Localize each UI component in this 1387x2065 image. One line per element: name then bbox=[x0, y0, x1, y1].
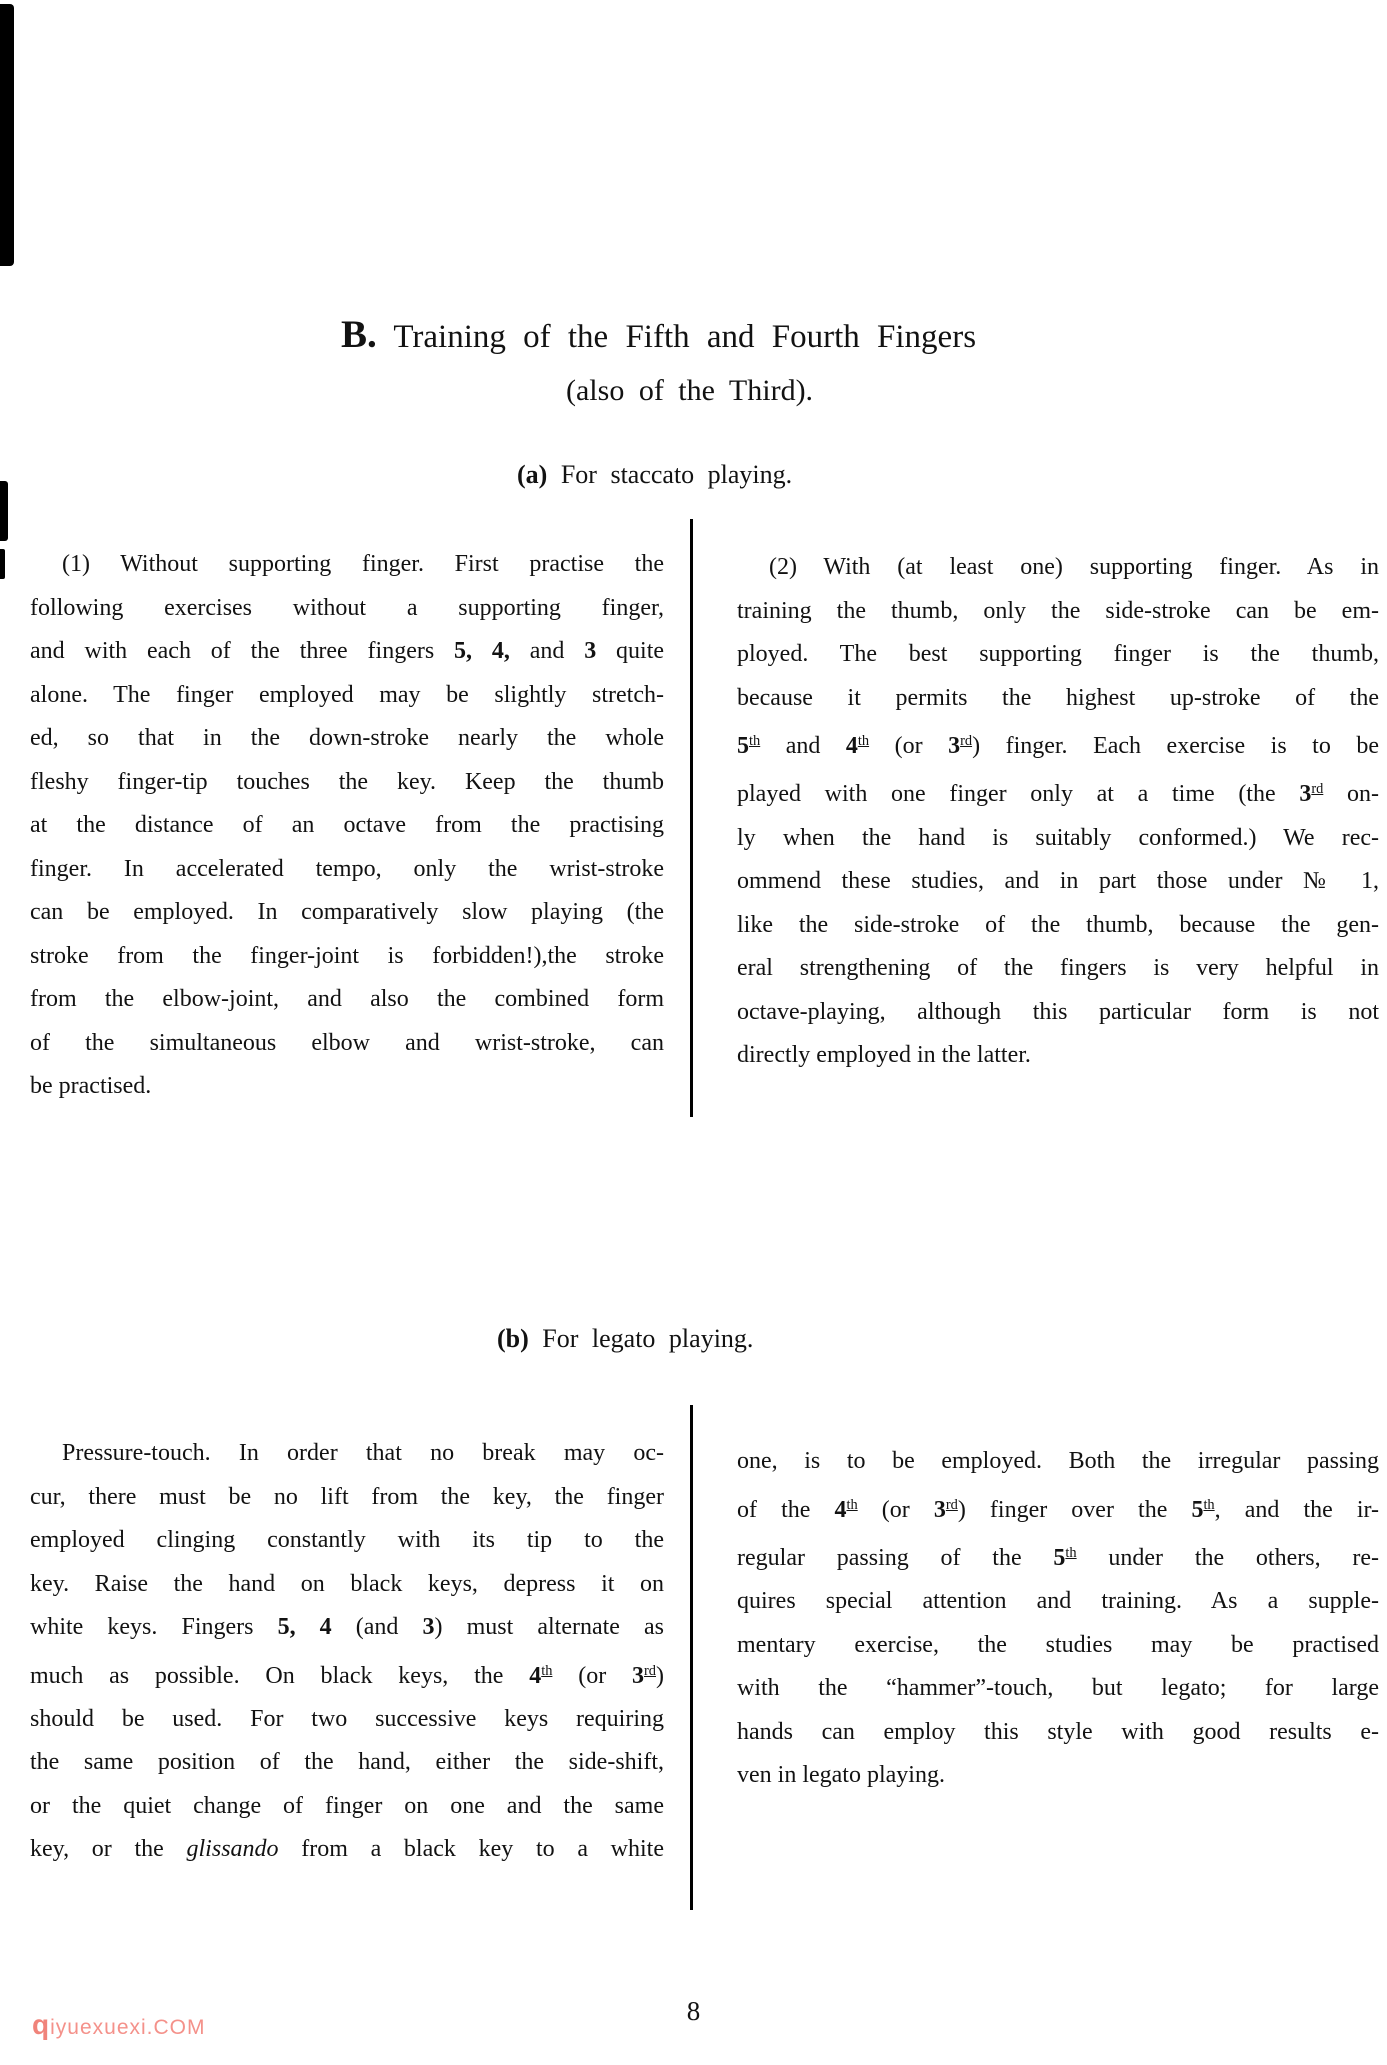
ordinal-suffix: rd bbox=[946, 1497, 958, 1513]
ordinal-suffix: th bbox=[1203, 1497, 1214, 1513]
text-segment: under the others, re- bbox=[1077, 1545, 1379, 1571]
section-title-text: Training of the Fifth and Fourth Fingers bbox=[393, 319, 976, 355]
text-line: key. Raise the hand on black keys, depre… bbox=[30, 1563, 664, 1607]
text-line: ed, so that in the down-stroke nearly th… bbox=[30, 717, 664, 761]
text-line: the same position of the hand, either th… bbox=[30, 1741, 664, 1785]
text-line: be practised. bbox=[30, 1065, 664, 1109]
text-segment: one, is to be employed. Both the irregul… bbox=[737, 1448, 1379, 1474]
text-segment: following exercises without a supporting… bbox=[30, 595, 664, 621]
subsection-b-heading: (b) For legato playing. bbox=[497, 1324, 753, 1354]
text-segment: stroke from the finger-joint is forbidde… bbox=[30, 943, 664, 969]
text-line: following exercises without a supporting… bbox=[30, 587, 664, 631]
text-segment: or the quiet change of finger on one and… bbox=[30, 1793, 664, 1819]
text-segment: training the thumb, only the side-stroke… bbox=[737, 598, 1379, 624]
text-segment: 4 bbox=[846, 733, 858, 759]
subsection-b-title: For legato playing. bbox=[542, 1324, 753, 1353]
text-segment: 5, 4, bbox=[454, 638, 510, 664]
text-segment: (or bbox=[869, 733, 948, 759]
text-segment: finger. In accelerated tempo, only the w… bbox=[30, 856, 664, 882]
watermark-rest: iyuexuexi.COM bbox=[50, 2016, 205, 2039]
text-segment: glissando bbox=[187, 1836, 279, 1862]
paragraph-a1: (1) Without supporting finger. First pra… bbox=[30, 543, 664, 1109]
text-line: fleshy finger-tip touches the key. Keep … bbox=[30, 761, 664, 805]
text-line: ommend these studies, and in part those … bbox=[737, 860, 1379, 904]
text-line: with the “hammer”-touch, but legato; for… bbox=[737, 1667, 1379, 1711]
text-line: can be employed. In comparatively slow p… bbox=[30, 891, 664, 935]
scanned-page: B. Training of the Fifth and Fourth Fing… bbox=[0, 0, 1387, 2065]
text-line: key, or the glissando from a black key t… bbox=[30, 1828, 664, 1872]
text-segment: hands can employ this style with good re… bbox=[737, 1719, 1379, 1745]
text-segment: 3 bbox=[632, 1662, 644, 1688]
text-line: Pressure-touch. In order that no break m… bbox=[30, 1432, 664, 1476]
text-segment: alone. The finger employed may be slight… bbox=[30, 682, 664, 708]
text-segment: because it permits the highest up-stroke… bbox=[737, 685, 1379, 711]
ordinal-suffix: rd bbox=[960, 733, 972, 749]
text-line: ly when the hand is suitably conformed.)… bbox=[737, 817, 1379, 861]
text-segment: with the “hammer”-touch, but legato; for… bbox=[737, 1675, 1379, 1701]
text-segment: ) finger over the bbox=[958, 1496, 1192, 1522]
ordinal-suffix: rd bbox=[1311, 781, 1323, 797]
column-divider-b bbox=[690, 1405, 693, 1910]
text-segment: ) bbox=[656, 1662, 664, 1688]
text-segment: (and bbox=[332, 1614, 423, 1640]
text-segment: 4 bbox=[529, 1662, 541, 1688]
text-segment: eral strengthening of the fingers is ver… bbox=[737, 955, 1379, 981]
text-segment: directly employed in the latter. bbox=[737, 1042, 1031, 1068]
ordinal-suffix: th bbox=[1065, 1545, 1076, 1561]
text-segment: Pressure-touch. In order that no break m… bbox=[62, 1440, 664, 1466]
text-line: (2) With (at least one) supporting finge… bbox=[737, 546, 1379, 590]
text-line: training the thumb, only the side-stroke… bbox=[737, 590, 1379, 634]
text-segment: ed, so that in the down-stroke nearly th… bbox=[30, 725, 664, 751]
text-segment: ven in legato playing. bbox=[737, 1762, 945, 1788]
text-segment: at the distance of an octave from the pr… bbox=[30, 812, 664, 838]
text-segment: much as possible. On black keys, the bbox=[30, 1662, 529, 1688]
text-segment: from a black key to a white bbox=[279, 1836, 664, 1862]
text-segment: like the side-stroke of the thumb, becau… bbox=[737, 912, 1379, 938]
text-segment: of the bbox=[737, 1496, 834, 1522]
paragraph-b-left: Pressure-touch. In order that no break m… bbox=[30, 1432, 664, 1872]
ordinal-suffix: th bbox=[858, 733, 869, 749]
watermark-prefix: q bbox=[32, 2009, 50, 2040]
text-segment: 5 bbox=[1053, 1545, 1065, 1571]
text-segment: key. Raise the hand on black keys, depre… bbox=[30, 1571, 664, 1597]
scan-artifact-bar bbox=[0, 549, 5, 579]
text-line: played with one finger only at a time (t… bbox=[737, 768, 1379, 816]
text-segment: cur, there must be no lift from the key,… bbox=[30, 1484, 664, 1510]
text-segment: from the elbow-joint, and also the combi… bbox=[30, 986, 664, 1012]
text-segment: 5, 4 bbox=[278, 1614, 332, 1640]
text-segment: 4 bbox=[834, 1496, 846, 1522]
text-segment: ly when the hand is suitably conformed.)… bbox=[737, 825, 1379, 851]
text-segment: (2) With (at least one) supporting finge… bbox=[769, 554, 1379, 580]
text-line: of the simultaneous elbow and wrist-stro… bbox=[30, 1022, 664, 1066]
text-line: mentary exercise, the studies may be pra… bbox=[737, 1624, 1379, 1668]
text-segment: 3 bbox=[1299, 781, 1311, 807]
text-line: of the 4th (or 3rd) finger over the 5th,… bbox=[737, 1484, 1379, 1532]
text-segment: quires special attention and training. A… bbox=[737, 1588, 1379, 1614]
text-line: like the side-stroke of the thumb, becau… bbox=[737, 904, 1379, 948]
text-segment: the same position of the hand, either th… bbox=[30, 1749, 664, 1775]
ordinal-suffix: th bbox=[749, 733, 760, 749]
subsection-b-label: (b) bbox=[497, 1324, 529, 1353]
subsection-a-title: For staccato playing. bbox=[561, 460, 792, 489]
text-line: octave-playing, although this particular… bbox=[737, 991, 1379, 1035]
text-line: hands can employ this style with good re… bbox=[737, 1711, 1379, 1755]
text-segment: of the simultaneous elbow and wrist-stro… bbox=[30, 1030, 664, 1056]
text-segment: and bbox=[510, 638, 584, 664]
text-line: directly employed in the latter. bbox=[737, 1034, 1379, 1078]
ordinal-suffix: th bbox=[541, 1663, 552, 1679]
text-segment: (1) Without supporting finger. First pra… bbox=[62, 551, 664, 577]
text-segment: 3 bbox=[423, 1614, 435, 1640]
text-segment: mentary exercise, the studies may be pra… bbox=[737, 1632, 1379, 1658]
text-segment: 3 bbox=[948, 733, 960, 759]
text-line: should be used. For two successive keys … bbox=[30, 1698, 664, 1742]
text-line: eral strengthening of the fingers is ver… bbox=[737, 947, 1379, 991]
text-segment: octave-playing, although this particular… bbox=[737, 999, 1379, 1025]
text-segment: can be employed. In comparatively slow p… bbox=[30, 899, 664, 925]
text-segment: ommend these studies, and in part those … bbox=[737, 868, 1379, 894]
text-line: one, is to be employed. Both the irregul… bbox=[737, 1440, 1379, 1484]
text-segment: regular passing of the bbox=[737, 1545, 1053, 1571]
text-line: cur, there must be no lift from the key,… bbox=[30, 1476, 664, 1520]
text-line: 5th and 4th (or 3rd) finger. Each exerci… bbox=[737, 720, 1379, 768]
text-line: finger. In accelerated tempo, only the w… bbox=[30, 848, 664, 892]
text-segment: 5 bbox=[1191, 1496, 1203, 1522]
text-line: much as possible. On black keys, the 4th… bbox=[30, 1650, 664, 1698]
text-segment: and with each of the three fingers bbox=[30, 638, 454, 664]
scan-artifact-bar bbox=[0, 481, 8, 541]
scan-artifact-bar bbox=[0, 4, 14, 266]
text-segment: key, or the bbox=[30, 1836, 187, 1862]
text-line: or the quiet change of finger on one and… bbox=[30, 1785, 664, 1829]
text-line: employed clinging constantly with its ti… bbox=[30, 1519, 664, 1563]
watermark: qiyuexuexi.COM bbox=[32, 2010, 206, 2043]
text-line: alone. The finger employed may be slight… bbox=[30, 674, 664, 718]
text-line: at the distance of an octave from the pr… bbox=[30, 804, 664, 848]
ordinal-suffix: th bbox=[846, 1497, 857, 1513]
text-segment: fleshy finger-tip touches the key. Keep … bbox=[30, 769, 664, 795]
text-segment: 3 bbox=[934, 1496, 946, 1522]
text-segment: 5 bbox=[737, 733, 749, 759]
text-segment: and bbox=[760, 733, 846, 759]
section-letter: B. bbox=[341, 313, 377, 356]
text-segment: (or bbox=[552, 1662, 632, 1688]
text-line: white keys. Fingers 5, 4 (and 3) must al… bbox=[30, 1606, 664, 1650]
section-subtitle: (also of the Third). bbox=[566, 374, 813, 408]
text-line: ployed. The best supporting finger is th… bbox=[737, 633, 1379, 677]
column-divider-a bbox=[690, 519, 693, 1117]
text-segment: (or bbox=[858, 1496, 934, 1522]
text-line: stroke from the finger-joint is forbidde… bbox=[30, 935, 664, 979]
text-line: (1) Without supporting finger. First pra… bbox=[30, 543, 664, 587]
text-segment: white keys. Fingers bbox=[30, 1614, 278, 1640]
text-line: because it permits the highest up-stroke… bbox=[737, 677, 1379, 721]
text-line: and with each of the three fingers 5, 4,… bbox=[30, 630, 664, 674]
text-segment: ) must alternate as bbox=[435, 1614, 665, 1640]
text-segment: should be used. For two successive keys … bbox=[30, 1706, 664, 1732]
paragraph-b-right: one, is to be employed. Both the irregul… bbox=[737, 1440, 1379, 1798]
text-segment: be practised. bbox=[30, 1073, 151, 1099]
ordinal-suffix: rd bbox=[644, 1663, 656, 1679]
section-title: B. Training of the Fifth and Fourth Fing… bbox=[341, 312, 976, 357]
text-line: from the elbow-joint, and also the combi… bbox=[30, 978, 664, 1022]
text-segment: , and the ir- bbox=[1215, 1496, 1379, 1522]
text-segment: ployed. The best supporting finger is th… bbox=[737, 641, 1379, 667]
paragraph-a2: (2) With (at least one) supporting finge… bbox=[737, 546, 1379, 1078]
text-segment: employed clinging constantly with its ti… bbox=[30, 1527, 664, 1553]
text-line: quires special attention and training. A… bbox=[737, 1580, 1379, 1624]
page-number: 8 bbox=[0, 1996, 1387, 2027]
text-line: regular passing of the 5th under the oth… bbox=[737, 1532, 1379, 1580]
subsection-a-label: (a) bbox=[517, 460, 547, 489]
text-segment: quite bbox=[596, 638, 664, 664]
text-segment: 3 bbox=[584, 638, 596, 664]
text-segment: on- bbox=[1323, 781, 1379, 807]
text-line: ven in legato playing. bbox=[737, 1754, 1379, 1798]
subsection-a-heading: (a) For staccato playing. bbox=[517, 460, 792, 490]
text-segment: ) finger. Each exercise is to be bbox=[972, 733, 1379, 759]
text-segment: played with one finger only at a time (t… bbox=[737, 781, 1299, 807]
